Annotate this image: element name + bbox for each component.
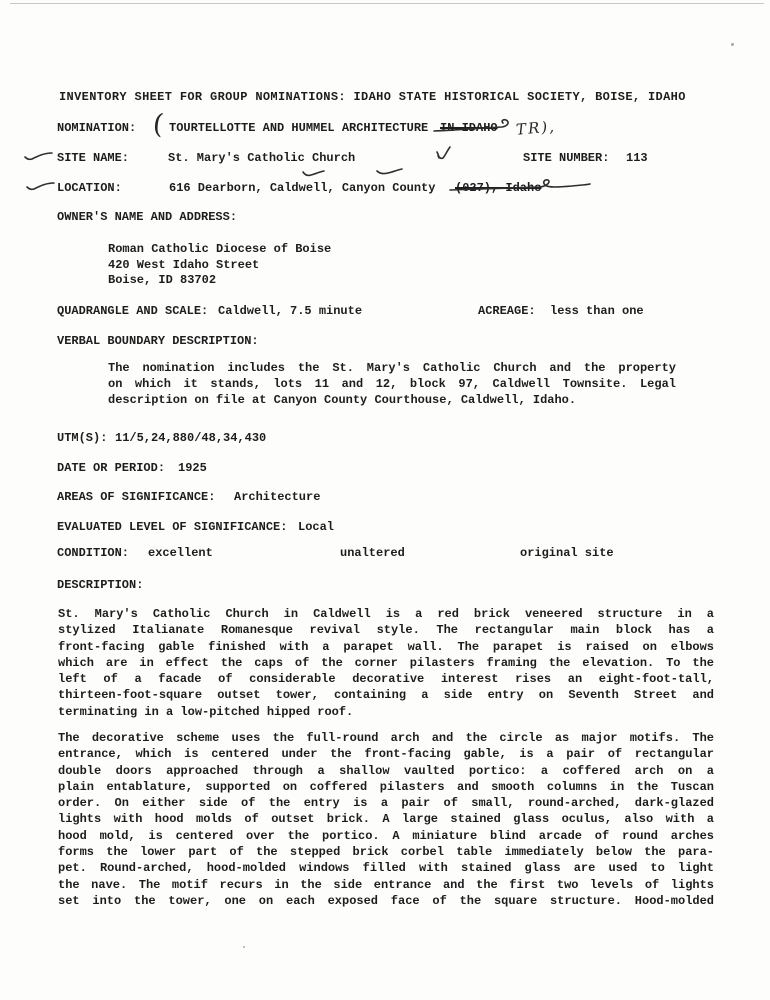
field-owner: OWNER'S NAME AND ADDRESS: [0, 209, 770, 225]
utm-label: UTM(S): [57, 430, 107, 446]
quadrangle-label: QUADRANGLE AND SCALE: [57, 303, 208, 319]
description-line: hood mold, is centered over the portico.… [58, 828, 714, 844]
field-evaluated-level: EVALUATED LEVEL OF SIGNIFICANCE: Local [0, 519, 770, 535]
field-nomination: NOMINATION: TOURTELLOTTE AND HUMMEL ARCH… [0, 120, 770, 136]
acreage-value: less than one [550, 303, 644, 319]
tick-over-caldwell [303, 171, 324, 175]
description-line: left of a facade of considerable decorat… [58, 671, 714, 687]
owner-address-line: Roman Catholic Diocese of Boise [108, 242, 508, 258]
utm-value: 11/5,24,880/48,34,430 [115, 430, 266, 446]
title-text: INVENTORY SHEET FOR GROUP NOMINATIONS: I… [59, 89, 686, 105]
description-paragraph-2: The decorative scheme uses the full-roun… [58, 730, 714, 909]
areas-value: Architecture [234, 489, 320, 505]
owner-address-line: 420 West Idaho Street [108, 258, 508, 274]
description-line: forms the lower part of the stepped bric… [58, 844, 714, 860]
quadrangle-value: Caldwell, 7.5 minute [218, 303, 362, 319]
verbal-boundary-line: on which it stands, lots 11 and 12, bloc… [108, 376, 676, 392]
field-site-name: SITE NAME: St. Mary's Catholic Church SI… [0, 150, 770, 166]
description-line: which are in effect the caps of the corn… [58, 655, 714, 671]
location-value: 616 Dearborn, Caldwell, Canyon County [169, 180, 435, 196]
site-number-value: 113 [626, 150, 648, 166]
field-location: LOCATION: 616 Dearborn, Caldwell, Canyon… [0, 180, 770, 196]
owner-address-line: Boise, ID 83702 [108, 273, 508, 289]
description-label: DESCRIPTION: [57, 577, 143, 593]
scan-edge-line [10, 3, 764, 4]
field-date-or-period: DATE OR PERIOD: 1925 [0, 460, 770, 476]
description-line: St. Mary's Catholic Church in Caldwell i… [58, 606, 714, 622]
description-line: lights with hood molds of outset brick. … [58, 811, 714, 827]
description-label-line: DESCRIPTION: [0, 577, 770, 593]
scan-speck [731, 43, 734, 46]
tick-over-county [377, 169, 402, 174]
site-name-label: SITE NAME: [57, 150, 129, 166]
site-number-label: SITE NUMBER: [523, 150, 609, 166]
description-line: order. On either side of the entry is a … [58, 795, 714, 811]
date-or-period-label: DATE OR PERIOD: [57, 460, 165, 476]
document-page: INVENTORY SHEET FOR GROUP NOMINATIONS: I… [0, 0, 770, 1000]
verbal-boundary-label: VERBAL BOUNDARY DESCRIPTION: [57, 333, 259, 349]
owner-label: OWNER'S NAME AND ADDRESS: [57, 209, 237, 225]
field-quadrangle: QUADRANGLE AND SCALE: Caldwell, 7.5 minu… [0, 303, 770, 319]
description-line: entrance, which is centered under the fr… [58, 746, 714, 762]
document-title: INVENTORY SHEET FOR GROUP NOMINATIONS: I… [0, 89, 770, 105]
description-line: front-facing gable finished with a parap… [58, 639, 714, 655]
site-name-value: St. Mary's Catholic Church [168, 150, 355, 166]
nomination-label: NOMINATION: [57, 120, 136, 136]
condition-value-1: excellent [148, 545, 213, 561]
acreage-label: ACREAGE: [478, 303, 536, 319]
condition-value-2: unaltered [340, 545, 405, 561]
location-label: LOCATION: [57, 180, 122, 196]
description-line: the nave. The motif recurs in the side e… [58, 877, 714, 893]
condition-label: CONDITION: [57, 545, 129, 561]
handwritten-tr-suffix: TR), [515, 118, 556, 137]
field-verbal-boundary: VERBAL BOUNDARY DESCRIPTION: [0, 333, 770, 349]
nomination-struck-text: IN IDAHO [440, 120, 498, 136]
condition-value-3: original site [520, 545, 614, 561]
verbal-boundary-line: description on file at Canyon County Cou… [108, 392, 676, 408]
description-line: The decorative scheme uses the full-roun… [58, 730, 714, 746]
field-utm: UTM(S): 11/5,24,880/48,34,430 [0, 430, 770, 446]
scan-speck [243, 946, 245, 948]
field-areas-of-significance: AREAS OF SIGNIFICANCE: Architecture [0, 489, 770, 505]
date-or-period-value: 1925 [178, 460, 207, 476]
description-line: thirteen-foot-square outset tower, conta… [58, 687, 714, 703]
evaluated-level-value: Local [298, 519, 334, 535]
verbal-boundary-line: The nomination includes the St. Mary's C… [108, 360, 676, 376]
description-line: set into the tower, one on each exposed … [58, 893, 714, 909]
description-line: double doors approached through a shallo… [58, 763, 714, 779]
description-line: stylized Italianate Romanesque revival s… [58, 622, 714, 638]
location-struck-text: (027), Idaho [455, 180, 541, 196]
evaluated-level-label: EVALUATED LEVEL OF SIGNIFICANCE: [57, 519, 287, 535]
areas-label: AREAS OF SIGNIFICANCE: [57, 489, 215, 505]
description-line: pet. Round-arched, hood-molded windows f… [58, 860, 714, 876]
verbal-boundary-paragraph: The nomination includes the St. Mary's C… [108, 360, 676, 408]
nomination-value: TOURTELLOTTE AND HUMMEL ARCHITECTURE [169, 120, 428, 136]
owner-address: Roman Catholic Diocese of Boise420 West … [108, 242, 508, 289]
field-condition: CONDITION: excellent unaltered original … [0, 545, 770, 561]
description-line: plain entablature, supported on coffered… [58, 779, 714, 795]
description-paragraph-1: St. Mary's Catholic Church in Caldwell i… [58, 606, 714, 720]
description-line: terminating in a low-pitched hipped roof… [58, 704, 714, 720]
